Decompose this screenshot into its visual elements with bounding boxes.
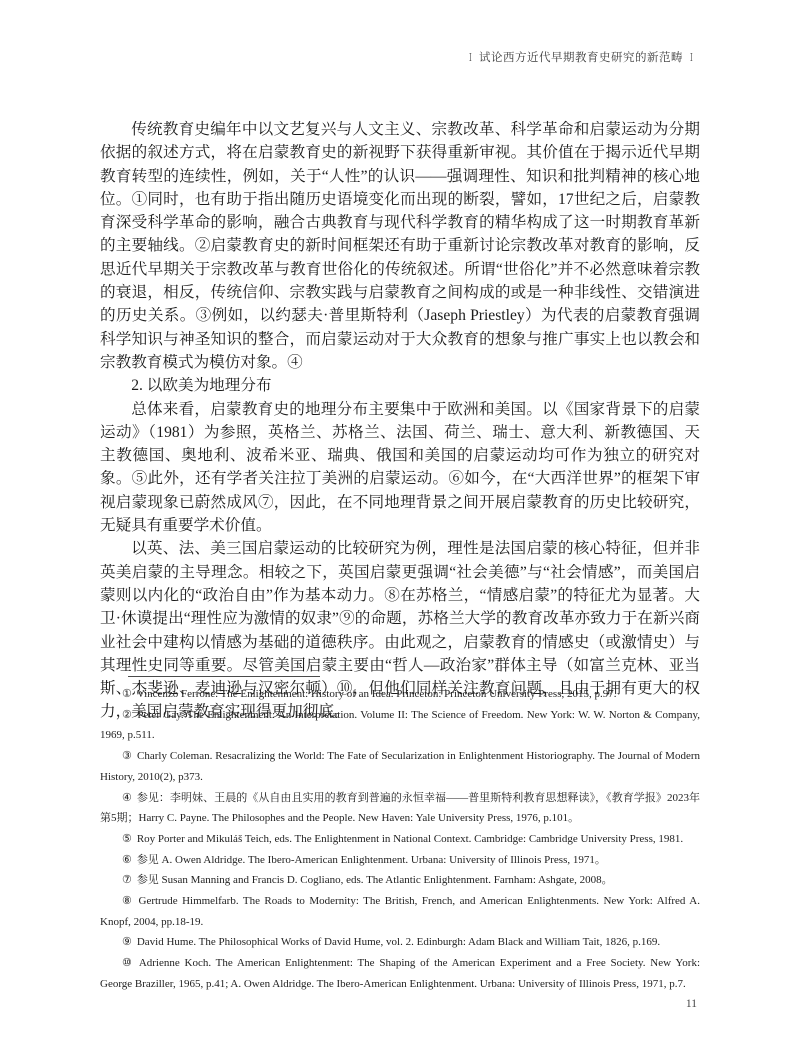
footnote-item-1: ①Vincenzo Ferrone. The Enlightenment: Hi… <box>100 684 700 705</box>
footnote-text: Gertrude Himmelfarb. The Roads to Modern… <box>100 895 700 928</box>
footnote-item-7: ⑦参见 Susan Manning and Francis D. Coglian… <box>100 870 700 891</box>
footnote-marker: ① <box>122 688 132 700</box>
footnote-item-8: ⑧Gertrude Himmelfarb. The Roads to Moder… <box>100 891 700 932</box>
footnote-text: Charly Coleman. Resacralizing the World:… <box>100 750 700 783</box>
footnote-marker: ⑩ <box>122 957 134 969</box>
footnote-item-4: ④参见：李明妹、王晨的《从自由且实用的教育到普遍的永恒幸福——普里斯特利教育思想… <box>100 788 700 829</box>
footnote-item-6: ⑥参见 A. Owen Aldridge. The Ibero-American… <box>100 850 700 871</box>
footnote-item-10: ⑩Adrienne Koch. The American Enlightenme… <box>100 953 700 994</box>
footnote-text: David Hume. The Philosophical Works of D… <box>137 936 660 948</box>
footnote-text: 参见 A. Owen Aldridge. The Ibero-American … <box>137 854 606 866</box>
footnote-text: Roy Porter and Mikuláš Teich, eds. The E… <box>137 833 683 845</box>
footnote-item-5: ⑤Roy Porter and Mikuláš Teich, eds. The … <box>100 829 700 850</box>
footnote-marker: ⑤ <box>122 833 132 845</box>
body-paragraph-1: 传统教育史编年中以文艺复兴与人文主义、宗教改革、科学革命和启蒙运动为分期依据的叙… <box>100 118 700 374</box>
footnote-marker: ⑧ <box>122 895 134 907</box>
footnote-marker: ④ <box>122 792 132 804</box>
footnote-marker: ⑨ <box>122 936 132 948</box>
footnote-separator <box>128 676 320 677</box>
body-text: 传统教育史编年中以文艺复兴与人文主义、宗教改革、科学革命和启蒙运动为分期依据的叙… <box>100 118 700 724</box>
footnotes-section: ①Vincenzo Ferrone. The Enlightenment: Hi… <box>100 676 700 995</box>
footnote-item-2: ②Peter Gay. The Enlightenment: An Interp… <box>100 705 700 746</box>
footnote-item-9: ⑨David Hume. The Philosophical Works of … <box>100 932 700 953</box>
section-heading: 2. 以欧美为地理分布 <box>100 374 700 397</box>
footnote-marker: ③ <box>122 750 132 762</box>
body-paragraph-2: 总体来看，启蒙教育史的地理分布主要集中于欧洲和美国。以《国家背景下的启蒙运动》（… <box>100 398 700 538</box>
footnote-text: Peter Gay. The Enlightenment: An Interpr… <box>100 709 700 742</box>
footnote-marker: ② <box>122 709 132 721</box>
document-page: Ⅰ试论西方近代早期教育史研究的新范畴Ⅰ 传统教育史编年中以文艺复兴与人文主义、宗… <box>0 0 800 1059</box>
footnote-text: Vincenzo Ferrone. The Enlightenment: His… <box>137 688 617 700</box>
footnote-text: 参见：李明妹、王晨的《从自由且实用的教育到普遍的永恒幸福——普里斯特利教育思想释… <box>100 792 700 825</box>
header-edge-mark-right: Ⅰ <box>690 50 693 64</box>
page-number: 11 <box>686 998 697 1010</box>
header-edge-mark-left: Ⅰ <box>469 50 472 64</box>
running-title: 试论西方近代早期教育史研究的新范畴 <box>479 52 683 64</box>
footnote-text: 参见 Susan Manning and Francis D. Cogliano… <box>137 874 613 886</box>
footnote-marker: ⑥ <box>122 854 132 866</box>
footnote-marker: ⑦ <box>122 874 132 886</box>
footnote-text: Adrienne Koch. The American Enlightenmen… <box>100 957 700 990</box>
running-header: Ⅰ试论西方近代早期教育史研究的新范畴Ⅰ <box>462 49 700 65</box>
footnote-item-3: ③Charly Coleman. Resacralizing the World… <box>100 746 700 787</box>
